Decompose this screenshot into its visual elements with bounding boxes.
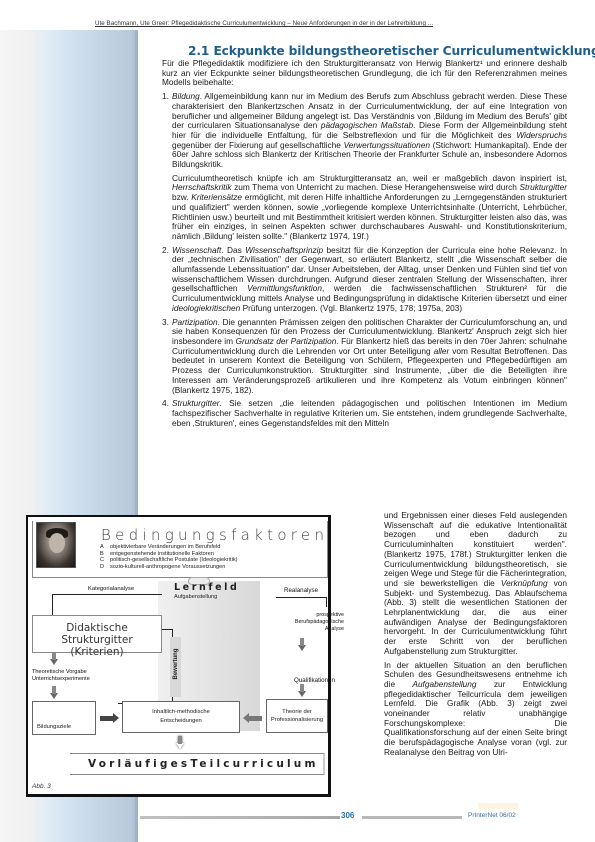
point-subparagraph: Curriculumtheoretisch knüpfe ich am Stru…	[172, 174, 567, 242]
key-points-list: 1. Bildung. Allgemeinbildung kann nur im…	[162, 92, 567, 428]
aufgabenstellung-label: Aufgabenstellung	[174, 594, 217, 600]
arrow-down-icon	[176, 743, 184, 749]
page-number: 306	[341, 811, 354, 820]
arrow-down-icon	[50, 659, 58, 665]
running-head: Ute Bachmann, Ute Greer: Pflegedidaktisc…	[95, 20, 570, 27]
list-marker: 3.	[162, 318, 169, 328]
connector-line	[276, 597, 326, 598]
lernfeld-label: Lernfeld	[174, 582, 239, 593]
right-text-column: und Ergebnissen einer dieses Feld ausleg…	[384, 511, 567, 762]
author-portrait	[36, 522, 76, 568]
connector-line	[162, 629, 172, 630]
bedingungsfaktoren-title: Bedingungsfaktoren	[101, 527, 328, 543]
arrow-right-icon	[100, 716, 114, 721]
point-term: Bildung	[172, 91, 200, 101]
theoretische-vorgabe-label: Theoretische Vorgabe Unterrichtsexperime…	[32, 669, 90, 683]
section-title: 2.1 Eckpunkte bildungstheoretischer Curr…	[188, 44, 567, 58]
didaktische-strukturgitter-box: Didaktische Strukturgitter (Kriterien)	[32, 615, 162, 653]
vorlaeufiges-teilcurriculum-banner: Vorläufiges Teilcurriculum	[70, 753, 325, 775]
intro-paragraph: Für die Pflegedidaktik modifiziere ich d…	[162, 59, 567, 88]
journal-name: PrInterNet 06/02	[468, 812, 516, 819]
prospektive-analyse-label: prospektive Berufspädagogische Analyse	[264, 612, 344, 633]
footer-rule	[362, 816, 462, 819]
arrow-down-icon	[298, 691, 306, 697]
factor-list: Aobjektivierbare Veränderungen im Berufs…	[100, 544, 237, 570]
list-marker: 4.	[162, 399, 169, 409]
point-wissenschaft: 2. Wissenschaft. Das Wissenschaftsprinzi…	[162, 246, 567, 314]
kategorialanalyse-label: Kategorialanalyse	[88, 586, 134, 592]
connector-line	[52, 594, 162, 595]
list-marker: 1.	[162, 92, 169, 102]
arrow-down-icon	[298, 645, 306, 651]
arrow-down-icon	[50, 693, 58, 699]
connector-line	[326, 597, 327, 607]
right-paragraph-2: In der aktuellen Situation an den berufl…	[384, 661, 567, 758]
figure-caption: Abb. 3	[32, 783, 51, 790]
right-paragraph-1: und Ergebnissen einer dieses Feld ausleg…	[384, 511, 567, 657]
realanalyse-label: Realanalyse	[284, 587, 318, 594]
point-term: Strukturgitter	[172, 398, 220, 408]
section-number: 2.1	[188, 44, 209, 58]
point-term: Partizipation	[172, 317, 218, 327]
arrow-left-icon	[248, 716, 262, 721]
connector-line	[52, 594, 53, 615]
point-term: Wissenschaft	[172, 245, 221, 255]
footer-rule	[140, 816, 340, 819]
theorie-professionalisierung-box: Theorie der Professionalisierung	[266, 699, 328, 733]
main-text-column: 2.1 Eckpunkte bildungstheoretischer Curr…	[162, 44, 567, 432]
list-marker: 2.	[162, 246, 169, 256]
point-partizipation: 3. Partizipation. Die genannten Prämisse…	[162, 318, 567, 396]
figure-abb-3: Bedingungsfaktoren Aobjektivierbare Verä…	[26, 515, 331, 797]
factor-item: Dsozio-kulturell-anthropogene Voraussetz…	[100, 564, 237, 571]
decorative-glow	[478, 803, 518, 809]
bildungsziele-box: Bildungsziele	[32, 701, 96, 735]
inhaltlich-methodische-box: Inhaltlich-methodische Entscheidungen	[122, 701, 240, 733]
section-title-text: Eckpunkte bildungstheoretischer Curricul…	[213, 44, 595, 58]
qualifikationen-label: Qualifikationen	[294, 677, 335, 684]
point-strukturgitter: 4. Strukturgitter. Sie setzen „die leite…	[162, 399, 567, 428]
bewertung-bar: Bewertung	[170, 637, 181, 697]
point-bildung: 1. Bildung. Allgemeinbildung kann nur im…	[162, 92, 567, 242]
